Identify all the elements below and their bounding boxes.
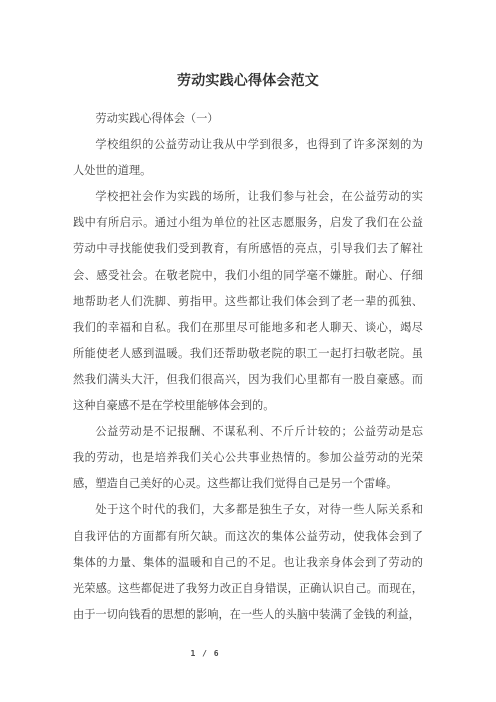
- text-line: 这种自豪感不是在学校里能够体会到的。: [73, 393, 423, 419]
- text-line: 公益劳动是不记报酬、不谋私利、不斤斤计较的；公益劳动是忘: [73, 419, 423, 445]
- document-title: 劳动实践心得体会范文: [0, 70, 496, 90]
- document-page: 劳动实践心得体会范文 劳动实践心得体会（一）学校组织的公益劳动让我从中学到很多，…: [0, 0, 496, 702]
- text-line: 集体的力量、集体的温暖和自己的不足。也让我亲身体会到了劳动的: [73, 550, 423, 576]
- text-line: 会、感受社会。在敬老院中，我们小组的同学毫不嫌脏。耐心、仔细: [73, 263, 423, 289]
- text-line: 我的劳动，也是培养我们关心公共事业热情的。参加公益劳动的光荣: [73, 445, 423, 471]
- text-line: 学校组织的公益劳动让我从中学到很多，也得到了许多深刻的为: [73, 132, 423, 158]
- text-line: 处于这个时代的我们，大多都是独生子女，对待一些人际关系和: [73, 497, 423, 523]
- text-line: 人处世的道理。: [73, 158, 423, 184]
- text-line: 学校把社会作为实践的场所，让我们参与社会，在公益劳动的实: [73, 184, 423, 210]
- text-line: 然我们满头大汗，但我们很高兴，因为我们心里都有一股自豪感。而: [73, 367, 423, 393]
- text-line: 地帮助老人们洗脚、剪指甲。这些都让我们体会到了老一辈的孤独、: [73, 289, 423, 315]
- text-line: 践中有所启示。通过小组为单位的社区志愿服务，启发了我们在公益: [73, 210, 423, 236]
- text-line: 我们的幸福和自私。我们在那里尽可能地多和老人聊天、谈心，竭尽: [73, 315, 423, 341]
- text-line: 劳动中寻找能使我们受到教育，有所感悟的亮点，引导我们去了解社: [73, 236, 423, 262]
- text-line: 自我评估的方面都有所欠缺。而这次的集体公益劳动，使我体会到了: [73, 524, 423, 550]
- document-body: 劳动实践心得体会（一）学校组织的公益劳动让我从中学到很多，也得到了许多深刻的为人…: [73, 106, 423, 628]
- text-line: 光荣感。这些都促进了我努力改正自身错误，正确认识自己。而现在，: [73, 576, 423, 602]
- page-number: 1 / 6: [175, 648, 235, 660]
- text-line: 劳动实践心得体会（一）: [73, 106, 423, 132]
- text-line: 由于一切向钱看的思想的影响，在一些人的头脑中装满了金钱的利益，: [73, 602, 423, 628]
- text-line: 所能使老人感到温暖。我们还帮助敬老院的职工一起打扫敬老院。虽: [73, 341, 423, 367]
- text-line: 感，塑造自己美好的心灵。这些都让我们觉得自己是另一个雷峰。: [73, 471, 423, 497]
